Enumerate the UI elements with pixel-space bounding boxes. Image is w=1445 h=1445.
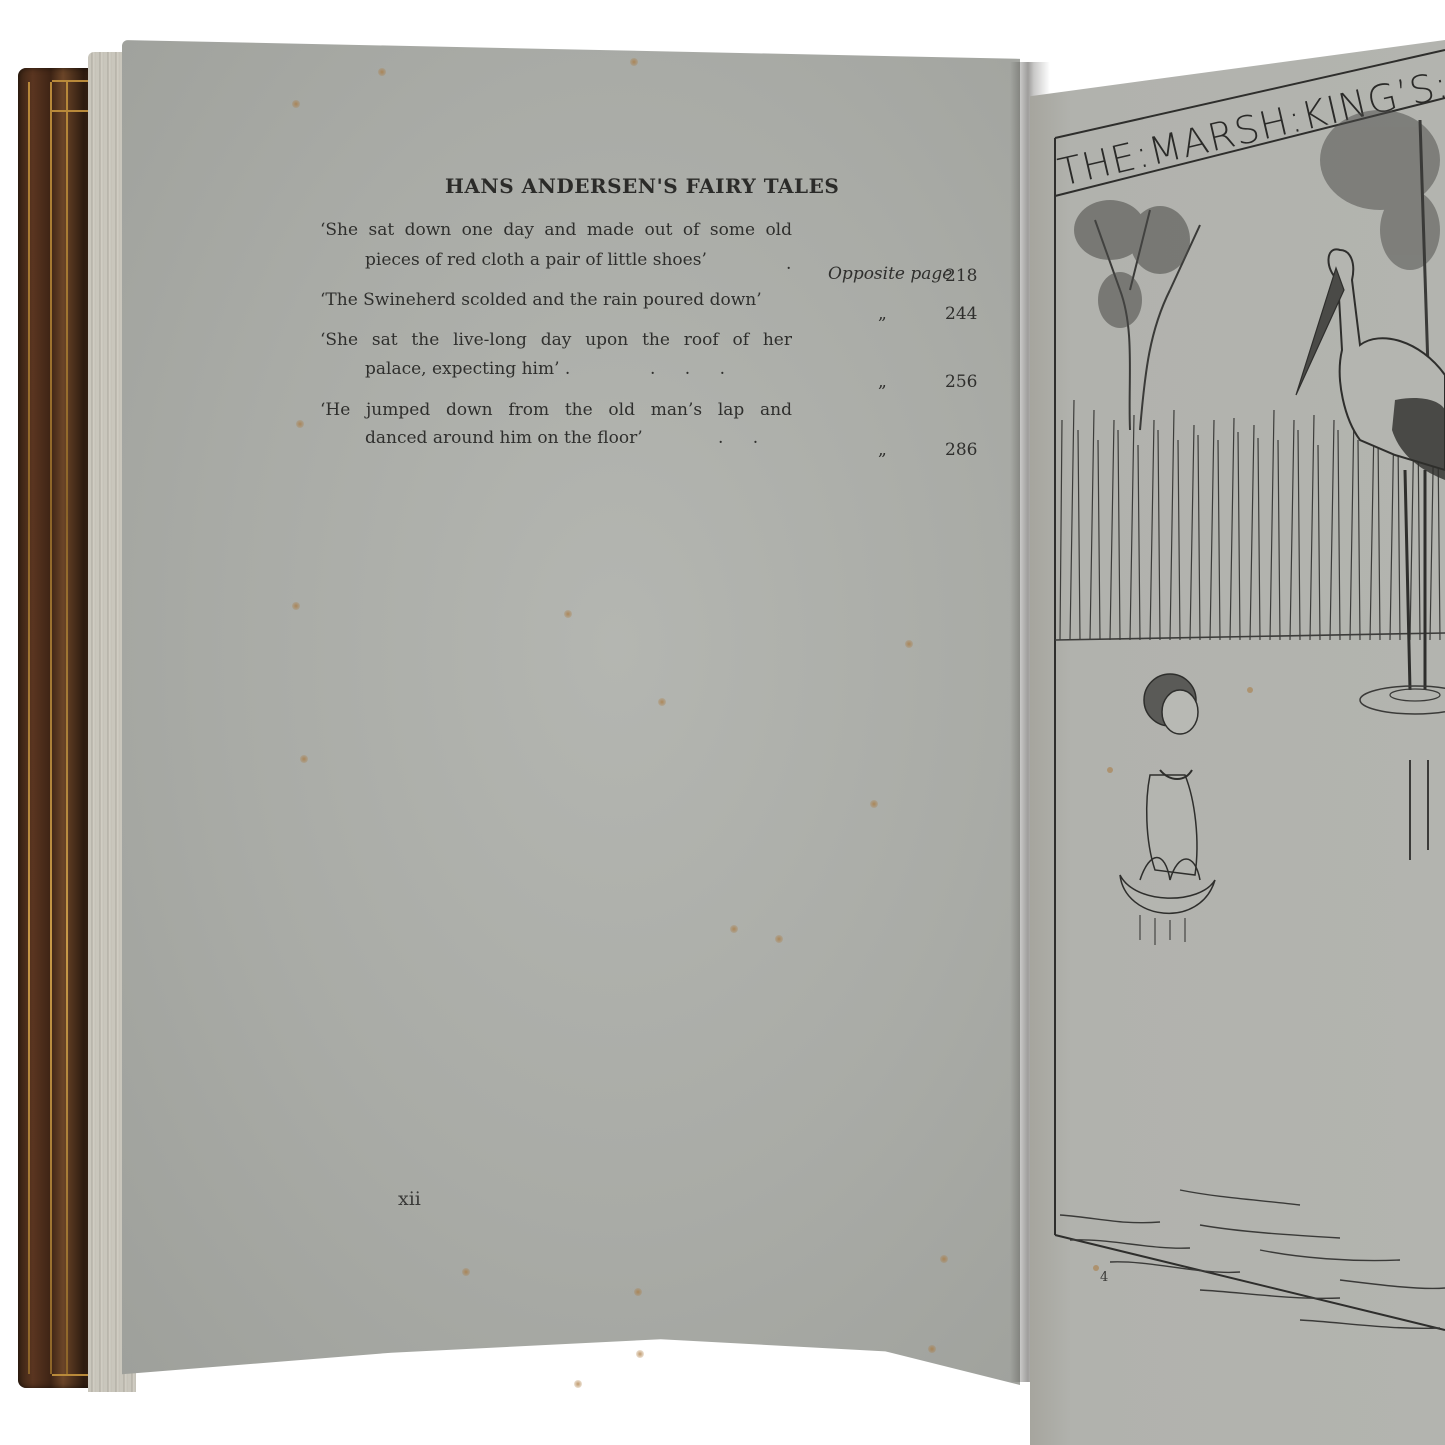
- page-folio: xii: [398, 1188, 421, 1210]
- ditto-mark: „: [878, 372, 887, 392]
- foxing-spot: [775, 935, 783, 943]
- foxing-spot: [296, 420, 304, 428]
- foxing-spot: [730, 925, 738, 933]
- foxing-spot: [564, 610, 572, 618]
- foxing-spot: [378, 68, 386, 76]
- dot-leaders: . . .: [650, 359, 725, 379]
- foxing-spot: [630, 58, 638, 66]
- foxing-spot: [636, 1350, 644, 1358]
- caption-line-1: ‘He jumped down from the old man’s lap a…: [320, 400, 792, 420]
- foxing-spot: [940, 1255, 948, 1263]
- caption-line-1: ‘She sat down one day and made out of so…: [320, 220, 792, 240]
- caption-line-2: palace, expecting him’ .: [365, 359, 570, 379]
- caption-line-1: ‘The Swineherd scolded and the rain pour…: [320, 290, 762, 310]
- marsh-kings-daughter-illustration: THE:MARSH:KING’S:DAUG: [1030, 40, 1445, 1445]
- ditto-mark: „: [878, 440, 887, 460]
- foxing-spot: [658, 698, 666, 706]
- caption-line-2: danced around him on the floor’: [365, 428, 643, 448]
- ditto-mark: „: [878, 304, 887, 324]
- running-head: HANS ANDERSEN'S FAIRY TALES: [445, 174, 839, 198]
- foxing-spot: [634, 1288, 642, 1296]
- foxing-spot: [292, 602, 300, 610]
- caption-line-1: ‘She sat the live-long day upon the roof…: [320, 330, 792, 350]
- dot-leaders: .: [786, 254, 791, 274]
- opposite-page-label: Opposite page: [828, 264, 952, 284]
- gilt-rule: [50, 82, 52, 1374]
- left-page: [122, 40, 1020, 1385]
- foxing-spot: [292, 100, 300, 108]
- dot-leaders: . .: [718, 428, 758, 448]
- gilt-rule: [66, 82, 68, 1374]
- foxing-spot: [870, 800, 878, 808]
- gilt-rule: [28, 82, 30, 1374]
- open-book-photo: HANS ANDERSEN'S FAIRY TALES ‘She sat dow…: [0, 0, 1445, 1445]
- child-on-lily-icon: [1120, 674, 1215, 945]
- foxing-spot: [928, 1345, 936, 1353]
- foxing-spot: [462, 1268, 470, 1276]
- page-number: 218: [945, 266, 977, 286]
- foxing-spot: [300, 755, 308, 763]
- foxing-spot: [574, 1380, 582, 1388]
- page-number: 286: [945, 440, 977, 460]
- page-number: 256: [945, 372, 977, 392]
- caption-line-2: pieces of red cloth a pair of little sho…: [365, 250, 707, 270]
- water-ripples: [1060, 1190, 1445, 1328]
- plate-number: 4: [1100, 1270, 1108, 1285]
- page-number: 244: [945, 304, 977, 324]
- stork-icon: [1296, 249, 1445, 860]
- foxing-spot: [905, 640, 913, 648]
